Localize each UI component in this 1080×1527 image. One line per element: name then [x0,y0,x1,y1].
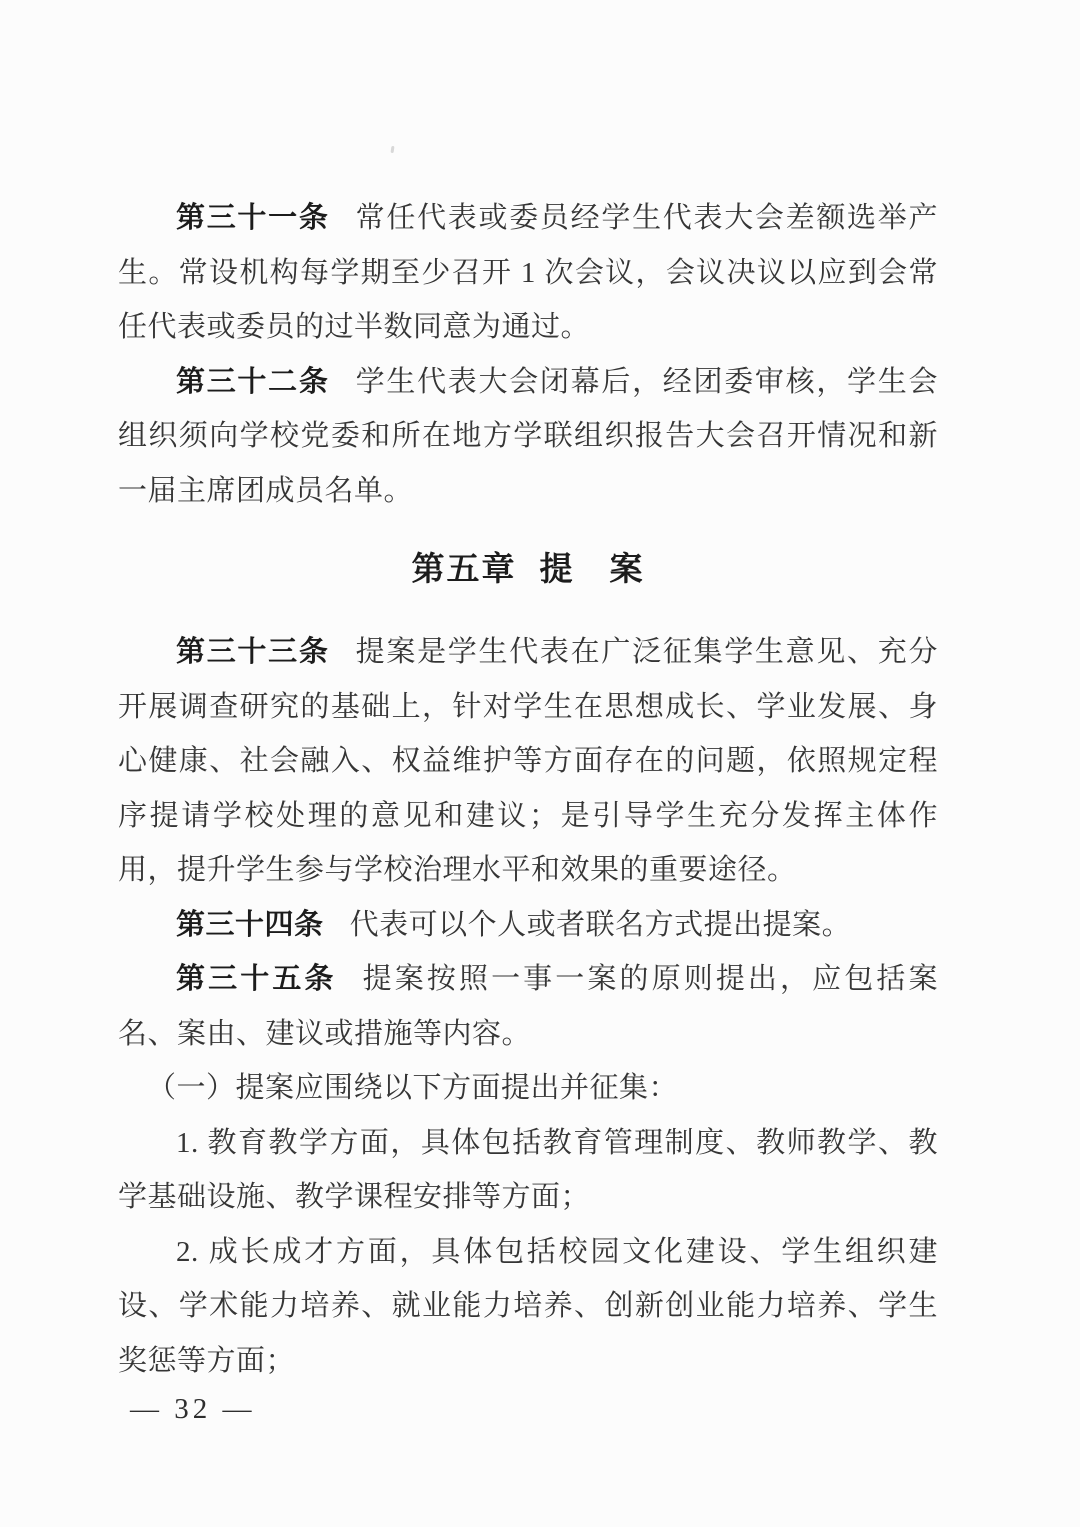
article-35-label: 第三十五条 [176,963,337,995]
article-34-paragraph: 第三十四条代表可以个人或者联名方式提出提案。 [118,898,938,953]
article-35-paragraph: 第三十五条提案按照一事一案的原则提出，应包括案名、案由、建议或措施等内容。 [118,952,938,1061]
article-34-text: 代表可以个人或者联名方式提出提案。 [350,909,852,941]
chapter-title: 提 案 [540,550,645,587]
article-33-paragraph: 第三十三条提案是学生代表在广泛征集学生意见、充分开展调查研究的基础上，针对学生在… [118,625,938,898]
page-number: — 32 — [130,1393,256,1425]
article-34-label: 第三十四条 [176,909,324,941]
article-32-paragraph: 第三十二条学生代表大会闭幕后，经团委审核，学生会组织须向学校党委和所在地方学联组… [118,355,938,519]
clause-item-1-paragraph: 1. 教育教学方面，具体包括教育管理制度、教师教学、教学基础设施、教学课程安排等… [118,1116,938,1225]
scanned-document-page: 第三十一条常任代表或委员经学生代表大会差额选举产生。常设机构每学期至少召开 1 … [0,0,1080,1527]
article-32-label: 第三十二条 [176,366,330,398]
chapter-heading: 第五章提 案 [118,540,938,598]
article-33-text: 提案是学生代表在广泛征集学生意见、充分开展调查研究的基础上，针对学生在思想成长、… [118,636,938,886]
document-body: 第三十一条常任代表或委员经学生代表大会差额选举产生。常设机构每学期至少召开 1 … [118,191,938,1388]
article-31-paragraph: 第三十一条常任代表或委员经学生代表大会差额选举产生。常设机构每学期至少召开 1 … [118,191,938,355]
chapter-number: 第五章 [411,550,516,587]
article-31-label: 第三十一条 [176,202,330,234]
scan-artifact [391,146,395,153]
page-footer: — 32 — [130,1392,256,1426]
clause-item-2-paragraph: 2. 成长成才方面，具体包括校园文化建设、学生组织建设、学术能力培养、就业能力培… [118,1225,938,1389]
article-33-label: 第三十三条 [176,636,330,668]
clause-1-paragraph: （一）提案应围绕以下方面提出并征集： [118,1061,938,1116]
